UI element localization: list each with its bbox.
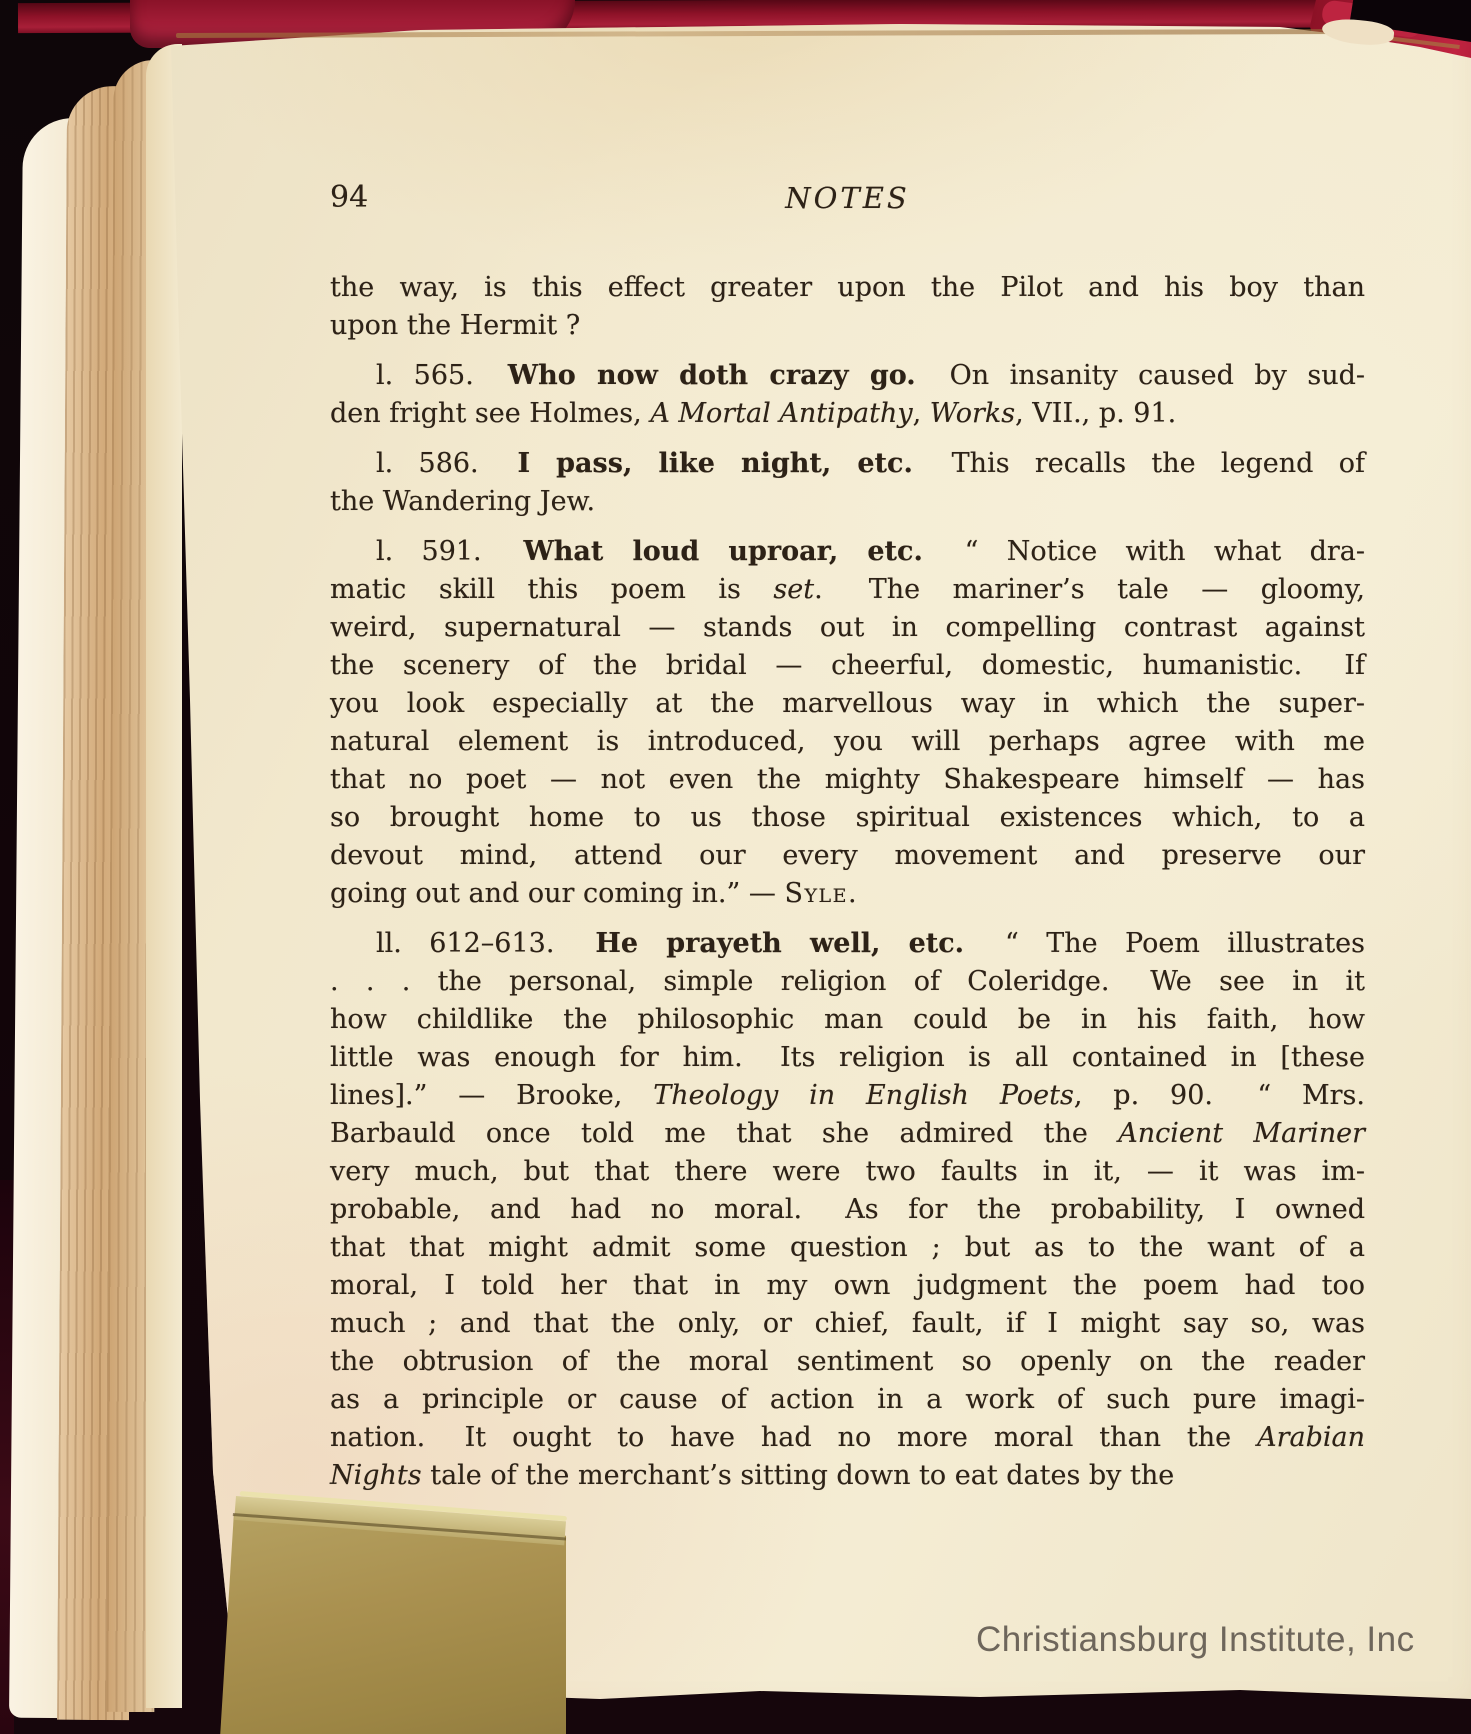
text-run: Theology in English Poets <box>653 1080 1074 1111</box>
text-run: weird, supernatural — stands out in comp… <box>330 612 1365 643</box>
paragraph: l. 591. What loud uproar, etc. “ Notice … <box>330 533 1365 913</box>
text-run: that that might admit some question ; bu… <box>330 1232 1365 1263</box>
text-line: the obtrusion of the moral sentiment so … <box>330 1343 1365 1381</box>
text-line: weird, supernatural — stands out in comp… <box>330 609 1365 647</box>
text-line: Barbauld once told me that she admired t… <box>330 1115 1365 1153</box>
text-run: natural element is introduced, you will … <box>330 726 1365 757</box>
paragraph: the way, is this effect greater upon the… <box>330 269 1365 345</box>
text-run: moral, I told her that in my own judgmen… <box>330 1270 1365 1301</box>
text-line: lines].” — Brooke, Theology in English P… <box>330 1077 1365 1115</box>
text-run: very much, but that there were two fault… <box>330 1156 1365 1187</box>
text-line: that no poet — not even the mighty Shake… <box>330 761 1365 799</box>
text-run: I pass, like night, etc. <box>517 448 912 479</box>
text-run: A Mortal Antipathy <box>650 398 912 429</box>
text-run: you look especially at the marvellous wa… <box>330 688 1365 719</box>
text-run: Works <box>930 398 1015 429</box>
text-line: the way, is this effect greater upon the… <box>330 269 1365 307</box>
text-line: probable, and had no moral. As for the p… <box>330 1191 1365 1229</box>
text-run: set <box>773 574 814 605</box>
text-run: that no poet — not even the mighty Shake… <box>330 764 1365 795</box>
text-run: On insanity caused by sud- <box>916 360 1365 391</box>
text-line: nation. It ought to have had no more mor… <box>330 1419 1365 1457</box>
text-run: den fright see Holmes, <box>330 398 650 429</box>
text-run: , p. 90. “ Mrs. <box>1074 1080 1365 1111</box>
text-line: very much, but that there were two fault… <box>330 1153 1365 1191</box>
text-line: ll. 612–613. He prayeth well, etc. “ The… <box>330 925 1365 963</box>
text-line: how childlike the philosophic man could … <box>330 1001 1365 1039</box>
text-run: Arabian <box>1257 1422 1365 1453</box>
text-run: . <box>848 878 857 909</box>
text-run: tale of the merchant’s sitting down to e… <box>422 1460 1175 1491</box>
text-run: This recalls the legend of <box>913 448 1365 479</box>
text-run: nation. It ought to have had no more mor… <box>330 1422 1257 1453</box>
text-run: going out and our coming in.” — <box>330 878 784 909</box>
text-run: the obtrusion of the moral sentiment so … <box>330 1346 1365 1377</box>
text-run: What loud uproar, etc. <box>523 536 922 567</box>
text-run: matic skill this poem is <box>330 574 773 605</box>
text-run: little was enough for him. Its religion … <box>330 1042 1365 1073</box>
text-run: much ; and that the only, or chief, faul… <box>330 1308 1365 1339</box>
text-line: upon the Hermit ? <box>330 307 1365 345</box>
text-run: how childlike the philosophic man could … <box>330 1004 1365 1035</box>
text-line: you look especially at the marvellous wa… <box>330 685 1365 723</box>
text-run: upon the Hermit ? <box>330 310 580 341</box>
text-line: den fright see Holmes, A Mortal Antipath… <box>330 395 1365 433</box>
text-line: the scenery of the bridal — cheerful, do… <box>330 647 1365 685</box>
text-line: devout mind, attend our every movement a… <box>330 837 1365 875</box>
text-run: so brought home to us those spiritual ex… <box>330 802 1365 833</box>
text-run: Syle <box>784 878 848 909</box>
page-title: NOTES <box>330 181 1365 215</box>
text-line: matic skill this poem is set. The marine… <box>330 571 1365 609</box>
text-line: that that might admit some question ; bu… <box>330 1229 1365 1267</box>
text-run: the way, is this effect greater upon the… <box>330 272 1365 303</box>
text-run: ll. 612–613. <box>376 928 595 959</box>
text-run: l. 586. <box>376 448 517 479</box>
text-run: He prayeth well, etc. <box>595 928 964 959</box>
paragraph: l. 586. I pass, like night, etc. This re… <box>330 445 1365 521</box>
text-run: lines].” — Brooke, <box>330 1080 653 1111</box>
text-run: . The mariner’s tale — gloomy, <box>814 574 1365 605</box>
paragraph: ll. 612–613. He prayeth well, etc. “ The… <box>330 925 1365 1495</box>
text-line: little was enough for him. Its religion … <box>330 1039 1365 1077</box>
text-run: Who now doth crazy go. <box>508 360 916 391</box>
text-line: . . . the personal, simple religion of C… <box>330 963 1365 1001</box>
text-run: l. 565. <box>376 360 508 391</box>
text-run: , <box>913 398 930 429</box>
text-line: Nights tale of the merchant’s sitting do… <box>330 1457 1365 1495</box>
text-run: Barbauld once told me that she admired t… <box>330 1118 1118 1149</box>
text-line: the Wandering Jew. <box>330 483 1365 521</box>
text-line: much ; and that the only, or chief, faul… <box>330 1305 1365 1343</box>
page-stack-edge-pale <box>146 44 182 1708</box>
brass-weight-front <box>220 1512 566 1734</box>
text-run: the scenery of the bridal — cheerful, do… <box>330 650 1365 681</box>
text-line: l. 565. Who now doth crazy go. On insani… <box>330 357 1365 395</box>
text-run: devout mind, attend our every movement a… <box>330 840 1365 871</box>
text-run: l. 591. <box>376 536 523 567</box>
text-run: , VII., p. 91. <box>1015 398 1176 429</box>
text-run: the Wandering Jew. <box>330 486 595 517</box>
text-run: probable, and had no moral. As for the p… <box>330 1194 1365 1225</box>
text-run: “ The Poem illustrates <box>964 928 1365 959</box>
text-run: Ancient Mariner <box>1118 1118 1365 1149</box>
text-run: . . . the personal, simple religion of C… <box>330 966 1365 997</box>
page-body: the way, is this effect greater upon the… <box>330 269 1365 1495</box>
text-line: going out and our coming in.” — Syle. <box>330 875 1365 913</box>
text-line: so brought home to us those spiritual ex… <box>330 799 1365 837</box>
paragraph: l. 565. Who now doth crazy go. On insani… <box>330 357 1365 433</box>
photo-of-book-page: 94 NOTES the way, is this effect greater… <box>0 0 1471 1734</box>
text-line: as a principle or cause of action in a w… <box>330 1381 1365 1419</box>
text-run: Nights <box>330 1460 422 1491</box>
text-run: as a principle or cause of action in a w… <box>330 1384 1365 1415</box>
watermark-text: Christiansburg Institute, Inc <box>976 1620 1415 1660</box>
text-line: l. 591. What loud uproar, etc. “ Notice … <box>330 533 1365 571</box>
text-line: natural element is introduced, you will … <box>330 723 1365 761</box>
text-run: “ Notice with what dra- <box>923 536 1365 567</box>
text-line: l. 586. I pass, like night, etc. This re… <box>330 445 1365 483</box>
text-line: moral, I told her that in my own judgmen… <box>330 1267 1365 1305</box>
